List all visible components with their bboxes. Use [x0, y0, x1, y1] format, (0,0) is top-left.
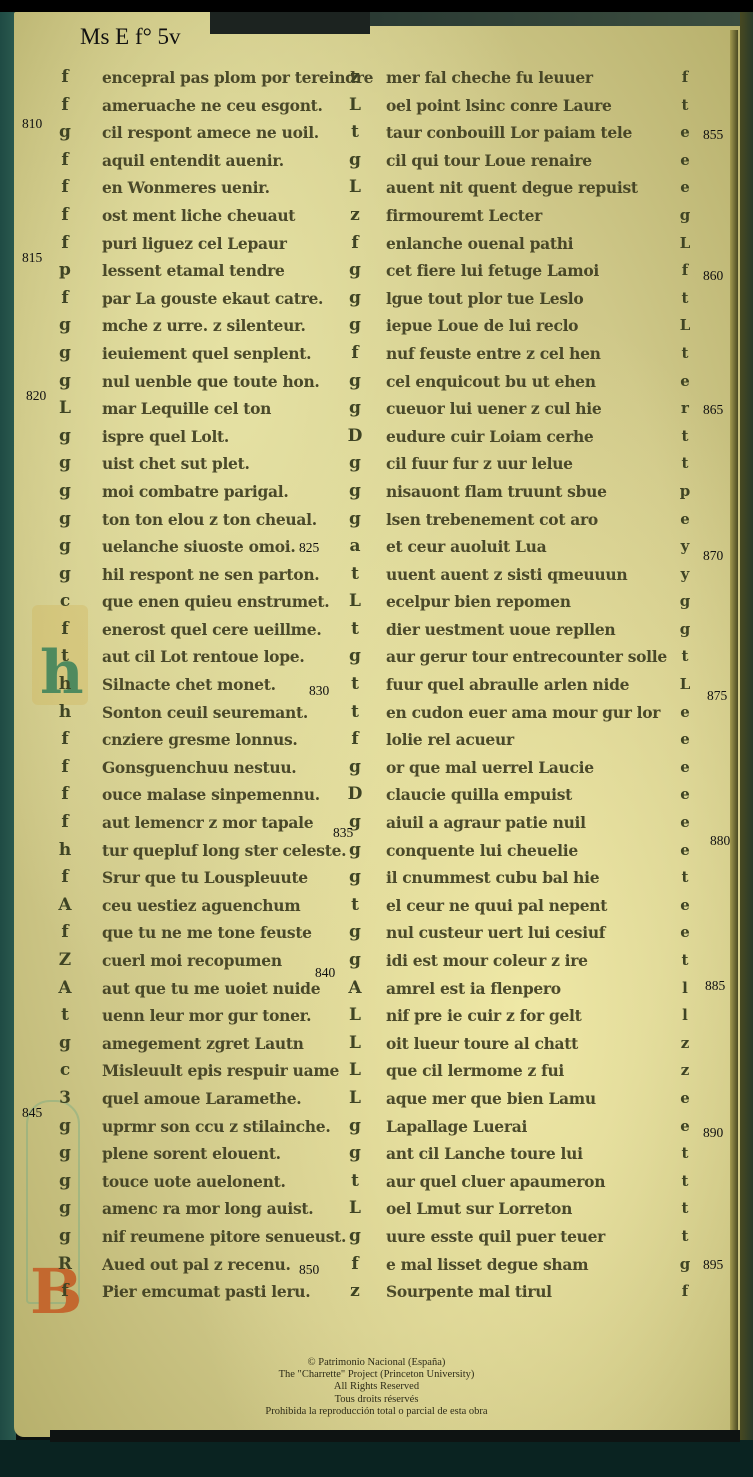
margin-initial-letter: g	[342, 919, 368, 947]
margin-initial-letter: D	[342, 423, 368, 451]
margin-initial-letter: L	[342, 174, 368, 202]
margin-initial-letter: t	[342, 671, 368, 699]
margin-initial-letter: z	[672, 1030, 698, 1058]
line-number-label: 890	[703, 1125, 723, 1141]
margin-initial-letter: y	[672, 561, 698, 589]
margin-initial-letter: t	[672, 1223, 698, 1251]
line-number-label: 885	[705, 978, 725, 994]
margin-initial-letter: f	[342, 1251, 368, 1279]
verse-line: uist chet sut plet.	[102, 450, 352, 478]
margin-initial-letter: l	[672, 1002, 698, 1030]
verse-line: Sonton ceuil seuremant.	[102, 699, 352, 727]
verse-line: que cil lermome z fui	[386, 1057, 666, 1085]
line-number-label: 825	[299, 540, 319, 556]
margin-initial-letter: f	[672, 257, 698, 285]
margin-initial-letter: L	[342, 588, 368, 616]
margin-initial-letter: A	[52, 892, 78, 920]
verse-line: nisauont flam truunt sbue	[386, 478, 666, 506]
margin-initial-letter: l	[672, 975, 698, 1003]
margin-initial-letter: f	[52, 230, 78, 258]
margin-initial-letter: f	[52, 147, 78, 175]
margin-initial-letter: t	[672, 1168, 698, 1196]
margin-initial-letter: L	[342, 1002, 368, 1030]
margin-initial-letter: e	[672, 174, 698, 202]
margin-initial-letter: g	[52, 1195, 78, 1223]
margin-initial-letter: a	[342, 533, 368, 561]
verse-line: mar Lequille cel ton	[102, 395, 352, 423]
margin-initial-letter: z	[342, 64, 368, 92]
verse-line: uuent auent z sisti qmeuuun	[386, 561, 666, 589]
margin-initial-letter: g	[52, 119, 78, 147]
verse-line: ton ton elou z ton cheual.	[102, 506, 352, 534]
margin-initial-letter: f	[52, 919, 78, 947]
margin-initial-letter: L	[342, 92, 368, 120]
margin-initial-letter: g	[52, 340, 78, 368]
verse-line: nuf feuste entre z cel hen	[386, 340, 666, 368]
margin-initial-letter: g	[342, 1113, 368, 1141]
margin-initial-letter: L	[672, 230, 698, 258]
margin-initial-letter: g	[52, 1168, 78, 1196]
margin-initial-letter: f	[52, 726, 78, 754]
verse-line: quel amoue Laramethe.	[102, 1085, 352, 1113]
verse-line: idi est mour coleur z ire	[386, 947, 666, 975]
verse-line: cel enquicout bu ut ehen	[386, 368, 666, 396]
line-number-label: 875	[707, 688, 727, 704]
verse-line: ecelpur bien repomen	[386, 588, 666, 616]
margin-initial-letter: g	[342, 285, 368, 313]
verse-line: puri liguez cel Lepaur	[102, 230, 352, 258]
verse-line: et ceur auoluit Lua	[386, 533, 666, 561]
margin-initial-letter: A	[342, 975, 368, 1003]
margin-initial-letter: g	[672, 1251, 698, 1279]
margin-initial-letter: g	[52, 1030, 78, 1058]
margin-initial-letter: f	[52, 285, 78, 313]
margin-initial-letter: R	[52, 1251, 78, 1279]
margin-initial-letter: g	[342, 147, 368, 175]
line-number-label: 880	[710, 833, 730, 849]
verse-line: taur conbouill Lor paiam tele	[386, 119, 666, 147]
verse-line: Gonsguenchuu nestuu.	[102, 754, 352, 782]
verse-line: tur quepluf long ster celeste.	[102, 837, 352, 865]
margin-initial-letter: p	[52, 257, 78, 285]
verse-line: dier uestment uoue repllen	[386, 616, 666, 644]
margin-initial-letter: t	[672, 92, 698, 120]
page-top-edge-shadow	[370, 12, 740, 26]
verse-line: lsen trebenement cot aro	[386, 506, 666, 534]
margin-initial-letter: g	[672, 202, 698, 230]
verse-line: nul custeur uert lui cesiuf	[386, 919, 666, 947]
margin-initial-letter: g	[342, 312, 368, 340]
verse-line: cil respont amece ne uoil.	[102, 119, 352, 147]
margin-initial-letter: g	[52, 1113, 78, 1141]
verse-line: que tu ne me tone feuste	[102, 919, 352, 947]
verse-line: iepue Loue de lui reclo	[386, 312, 666, 340]
verse-line: firmouremt Lecter	[386, 202, 666, 230]
verse-line: oit lueur toure al chatt	[386, 1030, 666, 1058]
margin-initial-letter: e	[672, 726, 698, 754]
copyright-line-owner: © Patrimonio Nacional (España)	[0, 1357, 753, 1369]
verse-line: en Wonmeres uenir.	[102, 174, 352, 202]
verse-line: que enen quieu enstrumet.	[102, 588, 352, 616]
line-number-label: 815	[22, 250, 42, 266]
copyright-line-project: The "Charrette" Project (Princeton Unive…	[0, 1369, 753, 1381]
verse-line: nif reumene pitore senueust.	[102, 1223, 352, 1251]
middle-margin-letters: zLtgLzfgggfggDgggatLtgttfgDgggtggALLLLgg…	[342, 64, 368, 1306]
margin-initial-letter: g	[342, 478, 368, 506]
margin-initial-letter: 3	[52, 1085, 78, 1113]
line-number-label: 820	[26, 388, 46, 404]
margin-initial-letter: A	[52, 975, 78, 1003]
margin-initial-letter: f	[52, 92, 78, 120]
margin-initial-letter: h	[52, 671, 78, 699]
verse-line: aur quel cluer apaumeron	[386, 1168, 666, 1196]
verse-line: ispre quel Lolt.	[102, 423, 352, 451]
verse-line: uenn leur mor gur toner.	[102, 1002, 352, 1030]
right-margin-letters: fteeegLftLterttpeyyggtLeeeeeeteetllzzeet…	[672, 64, 698, 1306]
verse-line: uure esste quil puer teuer	[386, 1223, 666, 1251]
verse-line: cil qui tour Loue renaire	[386, 147, 666, 175]
verse-line: enlanche ouenal pathi	[386, 230, 666, 258]
margin-initial-letter: e	[672, 1113, 698, 1141]
margin-initial-letter: t	[52, 1002, 78, 1030]
margin-initial-letter: r	[672, 395, 698, 423]
verse-line: nul uenble que toute hon.	[102, 368, 352, 396]
verse-line: aut lemencr z mor tapale	[102, 809, 352, 837]
margin-initial-letter: t	[342, 616, 368, 644]
margin-initial-letter: t	[52, 643, 78, 671]
margin-initial-letter: t	[342, 119, 368, 147]
verse-line: uprmr son ccu z stilainche.	[102, 1113, 352, 1141]
line-number-label: 845	[22, 1105, 42, 1121]
verse-line: lessent etamal tendre	[102, 257, 352, 285]
verse-line: ceu uestiez aguenchum	[102, 892, 352, 920]
margin-initial-letter: t	[672, 1140, 698, 1168]
margin-initial-letter: e	[672, 837, 698, 865]
margin-initial-letter: t	[672, 285, 698, 313]
margin-initial-letter: g	[52, 1223, 78, 1251]
verse-line: cil fuur fur z uur lelue	[386, 450, 666, 478]
margin-initial-letter: f	[52, 781, 78, 809]
margin-initial-letter: g	[52, 506, 78, 534]
line-number-label: 810	[22, 116, 42, 132]
verse-line: Sourpente mal tirul	[386, 1278, 666, 1306]
margin-initial-letter: g	[52, 450, 78, 478]
page-bottom-shadow	[50, 1430, 740, 1442]
verse-line: cueuor lui uener z cul hie	[386, 395, 666, 423]
margin-initial-letter: e	[672, 1085, 698, 1113]
margin-initial-letter: z	[342, 1278, 368, 1306]
margin-initial-letter: g	[52, 312, 78, 340]
verse-line: aque mer que bien Lamu	[386, 1085, 666, 1113]
verse-line: ant cil Lanche toure lui	[386, 1140, 666, 1168]
margin-initial-letter: f	[52, 64, 78, 92]
margin-initial-letter: g	[342, 947, 368, 975]
verse-line: auent nit quent degue repuist	[386, 174, 666, 202]
margin-initial-letter: h	[52, 837, 78, 865]
margin-initial-letter: L	[342, 1057, 368, 1085]
margin-initial-letter: t	[342, 892, 368, 920]
margin-initial-letter: t	[672, 947, 698, 975]
verse-line: Misleuult epis respuir uame	[102, 1057, 352, 1085]
margin-initial-letter: g	[672, 616, 698, 644]
verse-line: ameruache ne ceu esgont.	[102, 92, 352, 120]
margin-initial-letter: g	[342, 864, 368, 892]
margin-initial-letter: g	[672, 588, 698, 616]
verse-line: ouce malase sinpemennu.	[102, 781, 352, 809]
verse-line: ost ment liche cheuaut	[102, 202, 352, 230]
copyright-line-rights-en: All Rights Reserved	[0, 1381, 753, 1393]
margin-initial-letter: z	[672, 1057, 698, 1085]
margin-initial-letter: L	[672, 671, 698, 699]
margin-initial-letter: L	[342, 1030, 368, 1058]
verse-line: cet fiere lui fetuge Lamoi	[386, 257, 666, 285]
margin-initial-letter: g	[342, 450, 368, 478]
margin-initial-letter: f	[52, 202, 78, 230]
margin-initial-letter: e	[672, 892, 698, 920]
verse-line: amenc ra mor long auist.	[102, 1195, 352, 1223]
folio-title: Ms E f° 5v	[80, 24, 181, 50]
verse-line: conquente lui cheuelie	[386, 837, 666, 865]
page-tear-shadow	[210, 12, 370, 34]
margin-initial-letter: Z	[52, 947, 78, 975]
left-margin-letters: ffgffffpfgggLggggggcfthhffffhfAfZAtgc3gg…	[52, 64, 78, 1306]
margin-initial-letter: e	[672, 699, 698, 727]
verse-line: en cudon euer ama mour gur lor	[386, 699, 666, 727]
verse-line: aut cil Lot rentoue lope.	[102, 643, 352, 671]
verse-line: fuur quel abraulle arlen nide	[386, 671, 666, 699]
margin-initial-letter: t	[672, 864, 698, 892]
margin-initial-letter: e	[672, 919, 698, 947]
line-number-label: 835	[333, 825, 353, 841]
margin-initial-letter: g	[52, 478, 78, 506]
margin-initial-letter: g	[342, 368, 368, 396]
verse-line: cnziere gresme lonnus.	[102, 726, 352, 754]
margin-initial-letter: f	[52, 1278, 78, 1306]
margin-initial-letter: L	[342, 1195, 368, 1223]
verse-line: Pier emcumat pasti leru.	[102, 1278, 352, 1306]
backdrop-right	[739, 12, 753, 1477]
margin-initial-letter: f	[52, 754, 78, 782]
verse-line: touce uote auelonent.	[102, 1168, 352, 1196]
margin-initial-letter: f	[342, 726, 368, 754]
verse-line: or que mal uerrel Laucie	[386, 754, 666, 782]
line-number-label: 860	[703, 268, 723, 284]
verse-line: lolie rel acueur	[386, 726, 666, 754]
margin-initial-letter: t	[342, 699, 368, 727]
line-number-label: 870	[703, 548, 723, 564]
verse-line: moi combatre parigal.	[102, 478, 352, 506]
line-number-label: 865	[703, 402, 723, 418]
verse-line: enerost quel cere ueillme.	[102, 616, 352, 644]
verse-line: par La gouste ekaut catre.	[102, 285, 352, 313]
margin-initial-letter: g	[342, 1140, 368, 1168]
margin-initial-letter: f	[52, 809, 78, 837]
line-number-label: 855	[703, 127, 723, 143]
margin-initial-letter: c	[52, 588, 78, 616]
copyright-notice: © Patrimonio Nacional (España) The "Char…	[0, 1357, 753, 1418]
margin-initial-letter: y	[672, 533, 698, 561]
margin-initial-letter: e	[672, 368, 698, 396]
verse-line: aur gerur tour entrecounter solle	[386, 643, 666, 671]
margin-initial-letter: f	[52, 864, 78, 892]
margin-initial-letter: h	[52, 699, 78, 727]
margin-initial-letter: e	[672, 781, 698, 809]
margin-initial-letter: g	[342, 506, 368, 534]
margin-initial-letter: e	[672, 506, 698, 534]
right-text-column: mer fal cheche fu leuueroel point lsinc …	[386, 64, 666, 1306]
line-number-label: 830	[309, 683, 329, 699]
margin-initial-letter: e	[672, 147, 698, 175]
margin-initial-letter: g	[52, 533, 78, 561]
margin-initial-letter: g	[52, 423, 78, 451]
margin-initial-letter: g	[52, 561, 78, 589]
margin-initial-letter: c	[52, 1057, 78, 1085]
verse-line: amrel est ia flenpero	[386, 975, 666, 1003]
margin-initial-letter: f	[52, 616, 78, 644]
verse-line: Lapallage Luerai	[386, 1113, 666, 1141]
verse-line: mer fal cheche fu leuuer	[386, 64, 666, 92]
margin-initial-letter: g	[342, 395, 368, 423]
margin-initial-letter: z	[342, 202, 368, 230]
verse-line: eudure cuir Loiam cerhe	[386, 423, 666, 451]
verse-line: claucie quilla empuist	[386, 781, 666, 809]
margin-initial-letter: t	[672, 340, 698, 368]
verse-line: oel point lsinc conre Laure	[386, 92, 666, 120]
verse-line: lgue tout plor tue Leslo	[386, 285, 666, 313]
line-number-label: 850	[299, 1262, 319, 1278]
copyright-line-rights-es: Prohibida la reproducción total o parcia…	[0, 1406, 753, 1418]
margin-initial-letter: t	[342, 1168, 368, 1196]
verse-line: encepral pas plom por tereindre	[102, 64, 352, 92]
page-right-edge	[730, 30, 738, 1430]
margin-initial-letter: L	[672, 312, 698, 340]
margin-initial-letter: e	[672, 754, 698, 782]
backdrop-top	[0, 0, 753, 12]
margin-initial-letter: f	[672, 64, 698, 92]
margin-initial-letter: g	[52, 368, 78, 396]
margin-initial-letter: g	[342, 643, 368, 671]
verse-line: el ceur ne quui pal nepent	[386, 892, 666, 920]
verse-line: il cnummest cubu bal hie	[386, 864, 666, 892]
margin-initial-letter: f	[672, 1278, 698, 1306]
margin-initial-letter: g	[342, 257, 368, 285]
margin-initial-letter: e	[672, 119, 698, 147]
margin-initial-letter: D	[342, 781, 368, 809]
margin-initial-letter: L	[342, 1085, 368, 1113]
verse-line: aquil entendit auenir.	[102, 147, 352, 175]
margin-initial-letter: f	[342, 340, 368, 368]
margin-initial-letter: t	[672, 450, 698, 478]
margin-initial-letter: t	[342, 561, 368, 589]
verse-line: aiuil a agraur patie nuil	[386, 809, 666, 837]
margin-initial-letter: f	[342, 230, 368, 258]
verse-line: ieuiement quel senplent.	[102, 340, 352, 368]
margin-initial-letter: g	[342, 754, 368, 782]
margin-initial-letter: t	[672, 1195, 698, 1223]
verse-line: amegement zgret Lautn	[102, 1030, 352, 1058]
verse-line: oel Lmut sur Lorreton	[386, 1195, 666, 1223]
margin-initial-letter: t	[672, 643, 698, 671]
margin-initial-letter: f	[52, 174, 78, 202]
line-number-label: 840	[315, 965, 335, 981]
verse-line: Srur que tu Louspleuute	[102, 864, 352, 892]
margin-initial-letter: g	[52, 1140, 78, 1168]
verse-line: nif pre ie cuir z for gelt	[386, 1002, 666, 1030]
verse-line: plene sorent elouent.	[102, 1140, 352, 1168]
verse-line: mche z urre. z silenteur.	[102, 312, 352, 340]
verse-line: e mal lisset degue sham	[386, 1251, 666, 1279]
margin-initial-letter: L	[52, 395, 78, 423]
line-number-label: 895	[703, 1257, 723, 1273]
copyright-line-rights-fr: Tous droits réservés	[0, 1394, 753, 1406]
backdrop-bottom	[0, 1440, 753, 1477]
verse-line: hil respont ne sen parton.	[102, 561, 352, 589]
margin-initial-letter: g	[342, 1223, 368, 1251]
margin-initial-letter: p	[672, 478, 698, 506]
margin-initial-letter: e	[672, 809, 698, 837]
margin-initial-letter: t	[672, 423, 698, 451]
